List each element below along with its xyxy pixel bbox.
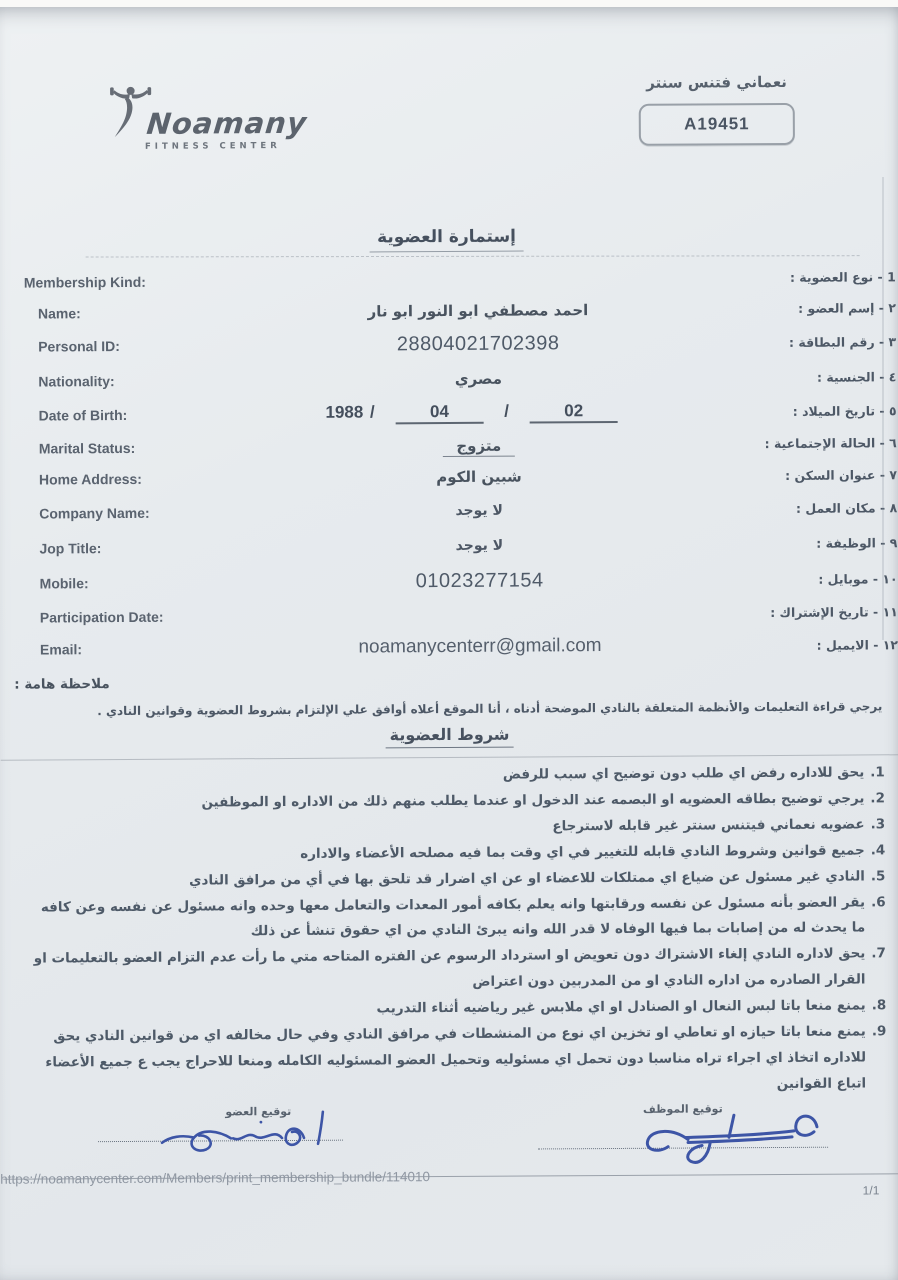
field-row-email: Email: noamanycenterr@gmail.com ١٢ - الا… <box>0 627 898 666</box>
field-label-en: Participation Date: <box>0 608 250 626</box>
field-label-en: Personal ID: <box>0 337 248 355</box>
field-label-en: Marital Status: <box>0 439 249 457</box>
field-value: شبين الكوم <box>249 466 709 487</box>
field-value: 28804021702398 <box>248 331 708 357</box>
term-number: 6. <box>871 890 886 942</box>
field-value <box>248 278 708 281</box>
dob-separator: / <box>370 402 375 421</box>
dob-separator: / <box>504 402 509 421</box>
field-label-ar: ٥ - تاريخ الميلاد : <box>779 403 897 419</box>
dob-day: 02 <box>530 401 618 424</box>
field-label-ar: ٨ - مكان العمل : <box>782 500 897 516</box>
signatures-section: توقيع العضو توقيع الموظف <box>3 1101 898 1164</box>
brand-name: Noamany <box>145 109 308 139</box>
field-label-ar: ٢ - إسم العضو : <box>784 300 896 316</box>
field-value: مصري <box>248 368 708 389</box>
dob-month: 04 <box>395 402 483 425</box>
term-text: يمنع منعا باتا حيازه او تعاطي او تخزين ا… <box>24 1020 866 1103</box>
field-row-nationality: Nationality: مصري ٤ - الجنسية : <box>0 359 896 398</box>
field-label-ar: ١١ - تاريخ الإشتراك : <box>756 604 898 620</box>
field-label-en: Jop Title: <box>0 539 249 557</box>
field-row-mobile: Mobile: 01023277154 ١٠ - موبايل : <box>0 560 898 601</box>
field-value: لا يوجد <box>249 501 709 520</box>
important-note-label: ملاحظة هامة : <box>0 671 898 692</box>
term-item: 6. يقر العضو بأنه مسئول عن نفسه ورقابتها… <box>24 890 886 947</box>
membership-terms-list: 1. يحق للاداره رفض اي طلب دون توضيح اي س… <box>23 760 887 1102</box>
term-number: 3. <box>870 812 885 838</box>
staff-signature-block: توقيع الموظف <box>538 1101 828 1149</box>
field-label-en: Email: <box>0 640 250 658</box>
dob-year: 1988 <box>325 403 363 422</box>
field-label-ar: ٧ - عنوان السكن : <box>771 467 897 483</box>
term-text: يحق لاداره النادي إلغاء الاشتراك دون تعو… <box>24 942 866 999</box>
field-value: noamanycenterr@gmail.com <box>250 634 710 659</box>
field-value: 01023277154 <box>250 568 710 594</box>
field-value-date: 1988 / 04 / 02 <box>249 400 709 425</box>
term-text: يمنع منعا باتا لبس النعال او الصنادل او … <box>376 994 865 1023</box>
field-row-company-name: Company Name: لا يوجد ٨ - مكان العمل : <box>0 490 897 530</box>
form-content: Noamany FITNESS CENTER نعماني فتنس سنتر … <box>0 4 898 1280</box>
terms-heading: شروط العضوية <box>386 725 514 749</box>
term-number: 4. <box>871 838 886 864</box>
print-source-url: https://noamanycenter.com/Members/print_… <box>0 1169 430 1187</box>
important-note-text: يرجي قراءة التعليمات والأنظمة المتعلقة ب… <box>26 697 882 720</box>
field-label-en: Membership Kind: <box>0 273 248 291</box>
form-header: Noamany FITNESS CENTER نعماني فتنس سنتر … <box>0 4 895 227</box>
term-text: عضويه نعماني فيتنس سنتر غير قابله لاسترج… <box>552 812 864 840</box>
noamany-logo: Noamany FITNESS CENTER <box>109 80 309 152</box>
field-label-en: Name: <box>0 304 248 322</box>
field-label-ar: ٣ - رقم البطاقة : <box>775 334 896 350</box>
term-text: يحق للاداره رفض اي طلب دون توضيح اي سبب … <box>503 760 865 788</box>
field-label-en: Date of Birth: <box>0 406 249 424</box>
field-label-ar: ٦ - الحالة الإجتماعية : <box>751 435 897 451</box>
field-value <box>250 613 710 616</box>
member-code-badge: A19451 <box>639 103 795 146</box>
terms-divider <box>1 754 898 760</box>
term-number: 9. <box>872 1019 887 1097</box>
field-label-en: Company Name: <box>0 504 249 522</box>
field-value: احمد مصطفي ابو النور ابو نار <box>248 300 708 321</box>
field-label-ar: ٤ - الجنسية : <box>803 369 896 385</box>
term-number: 5. <box>871 864 886 890</box>
brand-subtitle: FITNESS CENTER <box>145 141 309 152</box>
field-row-job-title: Jop Title: لا يوجد ٩ - الوظيفة : <box>0 525 897 565</box>
field-row-date-of-birth: Date of Birth: 1988 / 04 / 02 ٥ - تاريخ … <box>0 393 897 432</box>
term-item: 9. يمنع منعا باتا حيازه او تعاطي او تخزي… <box>24 1019 886 1102</box>
field-label-en: Nationality: <box>0 372 248 390</box>
membership-form-fields: Membership Kind: 1 - نوع العضوية : Name:… <box>0 261 898 666</box>
member-signature-block: توقيع العضو <box>98 1104 343 1141</box>
field-label-ar: ١٢ - الايميل : <box>803 637 898 653</box>
term-text: يرجي توضيح بطاقه العضويه او البصمه عند ا… <box>201 786 864 816</box>
field-label-en: Mobile: <box>0 574 250 592</box>
field-label-ar: ٩ - الوظيفة : <box>802 535 897 551</box>
page-number: 1/1 <box>863 1183 880 1197</box>
term-number: 2. <box>870 786 885 812</box>
term-item: 7. يحق لاداره النادي إلغاء الاشتراك دون … <box>24 942 886 999</box>
center-name-arabic: نعماني فتنس سنتر <box>601 73 833 92</box>
term-number: 8. <box>872 993 887 1019</box>
page-title: إستمارة العضوية <box>369 227 524 253</box>
field-row-personal-id: Personal ID: 28804021702398 ٣ - رقم البط… <box>0 323 896 364</box>
scanned-form-page: Noamany FITNESS CENTER نعماني فتنس سنتر … <box>0 7 898 1280</box>
term-number: 7. <box>871 942 886 994</box>
field-value: متزوج <box>442 437 515 457</box>
term-text: جميع قوانين وشروط النادي قابله للتغيير ف… <box>300 838 865 867</box>
title-divider <box>86 255 860 257</box>
field-label-ar: 1 - نوع العضوية : <box>776 269 896 285</box>
field-value: لا يوجد <box>249 536 709 555</box>
term-number: 1. <box>870 760 885 786</box>
member-signature-label: توقيع العضو <box>136 1104 381 1118</box>
field-label-ar: ١٠ - موبايل : <box>804 571 897 587</box>
field-label-en: Home Address: <box>0 470 249 488</box>
term-text: يقر العضو بأنه مسئول عن نفسه ورقابتها وا… <box>24 890 866 947</box>
